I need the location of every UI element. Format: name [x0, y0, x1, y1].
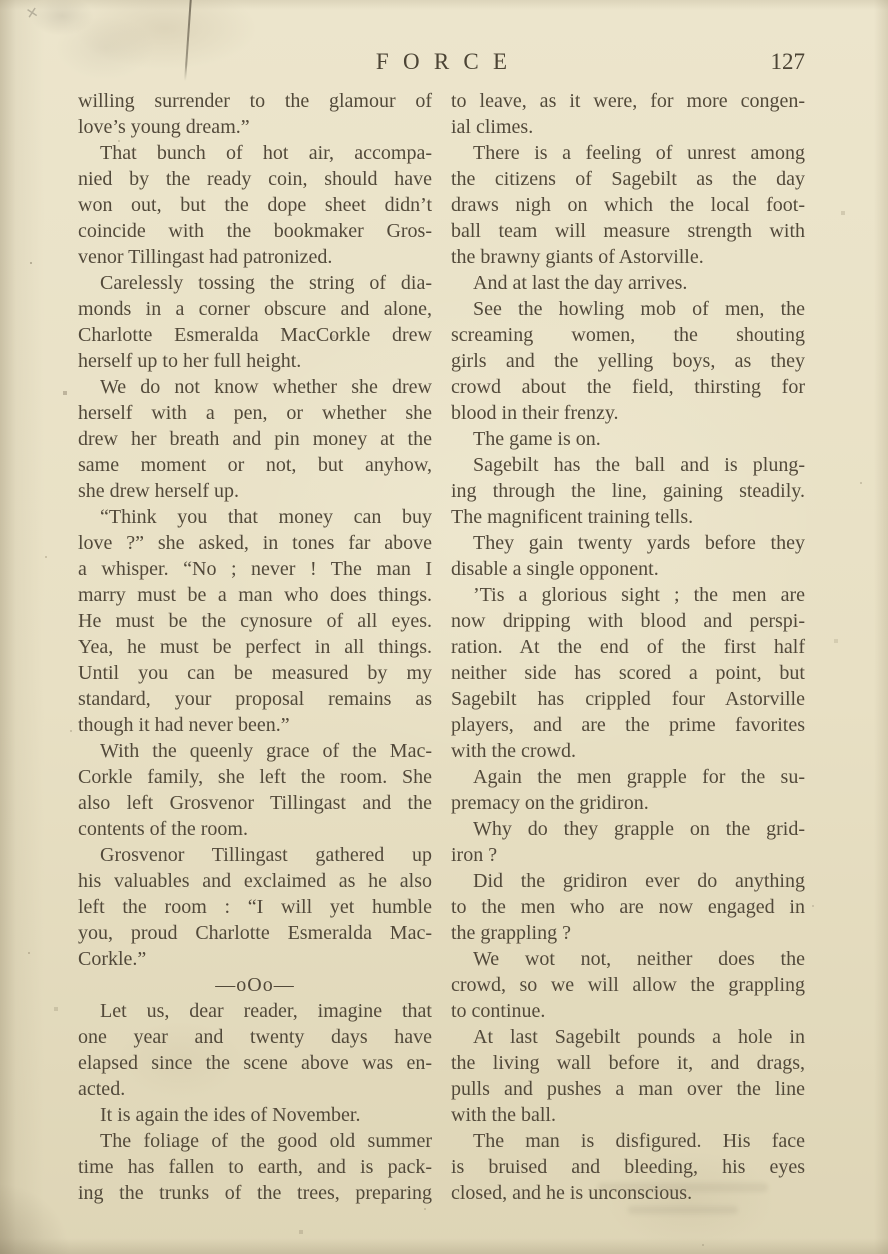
text-line: ing through the line, gaining steadily.	[451, 478, 805, 504]
text-line: Corkle family, she left the room. She	[78, 764, 432, 790]
text-line: herself up to her full height.	[78, 348, 432, 374]
paragraph: And at last the day arrives.	[451, 270, 805, 296]
text-line: with the crowd.	[451, 738, 805, 764]
text-line: nied by the ready coin, should have	[78, 166, 432, 192]
text-line: ing the trunks of the trees, preparing	[78, 1180, 432, 1206]
text-line: premacy on the gridiron.	[451, 790, 805, 816]
paragraph: At last Sagebilt pounds a hole inthe liv…	[451, 1024, 805, 1128]
paragraph: Why do they grapple on the grid-iron ?	[451, 816, 805, 868]
text-line: Let us, dear reader, imagine that	[78, 998, 432, 1024]
paragraph: ’Tis a glorious sight ; the men arenow d…	[451, 582, 805, 764]
paragraph: Grosvenor Tillingast gathered uphis valu…	[78, 842, 432, 972]
text-line: Charlotte Esmeralda MacCorkle drew	[78, 322, 432, 348]
text-line: “Think you that money can buy	[78, 504, 432, 530]
text-line: Until you can be measured by my	[78, 660, 432, 686]
text-line: ball team will measure strength with	[451, 218, 805, 244]
text-line: ration. At the end of the first half	[451, 634, 805, 660]
text-line: draws nigh on which the local foot-	[451, 192, 805, 218]
text-line: monds in a corner obscure and alone,	[78, 296, 432, 322]
text-line: to continue.	[451, 998, 805, 1024]
paper-speckles	[0, 0, 2, 2]
text-line: one year and twenty days have	[78, 1024, 432, 1050]
paragraph: It is again the ides of November.	[78, 1102, 432, 1128]
text-line: to the men who are now engaged in	[451, 894, 805, 920]
text-line: also left Grosvenor Tillingast and the	[78, 790, 432, 816]
text-line: elapsed since the scene above was en-	[78, 1050, 432, 1076]
paragraph: Again the men grapple for the su-premacy…	[451, 764, 805, 816]
text-line: Carelessly tossing the string of dia-	[78, 270, 432, 296]
page-title: FORCE	[78, 48, 819, 76]
text-line: with the ball.	[451, 1102, 805, 1128]
text-line: There is a feeling of unrest among	[451, 140, 805, 166]
paragraph: They gain twenty yards before theydisabl…	[451, 530, 805, 582]
text-line: neither side has scored a point, but	[451, 660, 805, 686]
text-line: The game is on.	[451, 426, 805, 452]
text-line: left the room : “I will yet humble	[78, 894, 432, 920]
text-line: Grosvenor Tillingast gathered up	[78, 842, 432, 868]
page-number: 127	[771, 48, 806, 76]
text-line: See the howling mob of men, the	[451, 296, 805, 322]
text-line: love ?” she asked, in tones far above	[78, 530, 432, 556]
text-line: the citizens of Sagebilt as the day	[451, 166, 805, 192]
paragraph: There is a feeling of unrest amongthe ci…	[451, 140, 805, 270]
paragraph: Did the gridiron ever do anythingto the …	[451, 868, 805, 946]
text-line: the living wall before it, and drags,	[451, 1050, 805, 1076]
text-line: love’s young dream.”	[78, 114, 432, 140]
text-line: iron ?	[451, 842, 805, 868]
page-header: FORCE 127	[78, 48, 805, 76]
text-line: Again the men grapple for the su-	[451, 764, 805, 790]
text-line: you, proud Charlotte Esmeralda Mac-	[78, 920, 432, 946]
text-line: pulls and pushes a man over the line	[451, 1076, 805, 1102]
text-line: won out, but the dope sheet didn’t	[78, 192, 432, 218]
text-line: Corkle.”	[78, 946, 432, 972]
paragraph: to leave, as it were, for more congen-ia…	[451, 88, 805, 140]
text-line: With the queenly grace of the Mac-	[78, 738, 432, 764]
text-line: his valuables and exclaimed as he also	[78, 868, 432, 894]
text-body: willing surrender to the glamour oflove’…	[78, 88, 805, 1206]
paragraph: Sagebilt has the ball and is plung-ing t…	[451, 452, 805, 530]
text-line: acted.	[78, 1076, 432, 1102]
paragraph: The man is disfigured. His faceis bruise…	[451, 1128, 805, 1206]
text-line: blood in their frenzy.	[451, 400, 805, 426]
text-line: It is again the ides of November.	[78, 1102, 432, 1128]
text-line: players, and are the prime favorites	[451, 712, 805, 738]
text-line: We do not know whether she drew	[78, 374, 432, 400]
text-line: to leave, as it were, for more congen-	[451, 88, 805, 114]
text-line: closed, and he is unconscious.	[451, 1180, 805, 1206]
column-right: to leave, as it were, for more congen-ia…	[451, 88, 805, 1206]
paragraph: The foliage of the good old summertime h…	[78, 1128, 432, 1206]
text-line: And at last the day arrives.	[451, 270, 805, 296]
text-line: is bruised and bleeding, his eyes	[451, 1154, 805, 1180]
text-line: The magnificent training tells.	[451, 504, 805, 530]
paragraph: See the howling mob of men, thescreaming…	[451, 296, 805, 426]
text-line: crowd, so we will allow the grappling	[451, 972, 805, 998]
paragraph: The game is on.	[451, 426, 805, 452]
pencil-mark: ✕	[24, 3, 40, 24]
text-line: The man is disfigured. His face	[451, 1128, 805, 1154]
text-line: Yea, he must be perfect in all things.	[78, 634, 432, 660]
text-line: Did the gridiron ever do anything	[451, 868, 805, 894]
paragraph: We do not know whether she drewherself w…	[78, 374, 432, 504]
text-line: coincide with the bookmaker Gros-	[78, 218, 432, 244]
paragraph: That bunch of hot air, accompa-nied by t…	[78, 140, 432, 270]
show-through-smudge	[628, 1206, 738, 1214]
text-line: They gain twenty yards before they	[451, 530, 805, 556]
text-line: a whisper. “No ; never ! The man I	[78, 556, 432, 582]
paragraph: willing surrender to the glamour oflove’…	[78, 88, 432, 140]
text-line: now dripping with blood and perspi-	[451, 608, 805, 634]
paragraph: Carelessly tossing the string of dia-mon…	[78, 270, 432, 374]
text-line: drew her breath and pin money at the	[78, 426, 432, 452]
text-line: standard, your proposal remains as	[78, 686, 432, 712]
paragraph: With the queenly grace of the Mac-Corkle…	[78, 738, 432, 842]
text-line: Why do they grapple on the grid-	[451, 816, 805, 842]
text-line: We wot not, neither does the	[451, 946, 805, 972]
text-line: screaming women, the shouting	[451, 322, 805, 348]
text-line: venor Tillingast had patronized.	[78, 244, 432, 270]
text-line: girls and the yelling boys, as they	[451, 348, 805, 374]
book-page: ✕ FORCE 127 willing surrender to the gla…	[0, 0, 888, 1254]
text-line: crowd about the field, thirsting for	[451, 374, 805, 400]
text-line: marry must be a man who does things.	[78, 582, 432, 608]
text-line: same moment or not, but anyhow,	[78, 452, 432, 478]
text-line: The foliage of the good old summer	[78, 1128, 432, 1154]
paragraph: “Think you that money can buylove ?” she…	[78, 504, 432, 738]
text-line: herself with a pen, or whether she	[78, 400, 432, 426]
text-line: willing surrender to the glamour of	[78, 88, 432, 114]
text-line: contents of the room.	[78, 816, 432, 842]
text-line: He must be the cynosure of all eyes.	[78, 608, 432, 634]
text-line: Sagebilt has the ball and is plung-	[451, 452, 805, 478]
text-line: time has fallen to earth, and is pack-	[78, 1154, 432, 1180]
text-line: That bunch of hot air, accompa-	[78, 140, 432, 166]
text-line: she drew herself up.	[78, 478, 432, 504]
text-line: the grappling ?	[451, 920, 805, 946]
text-line: Sagebilt has crippled four Astorville	[451, 686, 805, 712]
text-line: ’Tis a glorious sight ; the men are	[451, 582, 805, 608]
text-line: though it had never been.”	[78, 712, 432, 738]
text-line: ial climes.	[451, 114, 805, 140]
paragraph: We wot not, neither does thecrowd, so we…	[451, 946, 805, 1024]
text-line: At last Sagebilt pounds a hole in	[451, 1024, 805, 1050]
text-line: the brawny giants of Astorville.	[451, 244, 805, 270]
column-left: willing surrender to the glamour oflove’…	[78, 88, 432, 1206]
paragraph: Let us, dear reader, imagine thatone yea…	[78, 998, 432, 1102]
section-divider: —oOo—	[78, 972, 432, 998]
text-line: disable a single opponent.	[451, 556, 805, 582]
